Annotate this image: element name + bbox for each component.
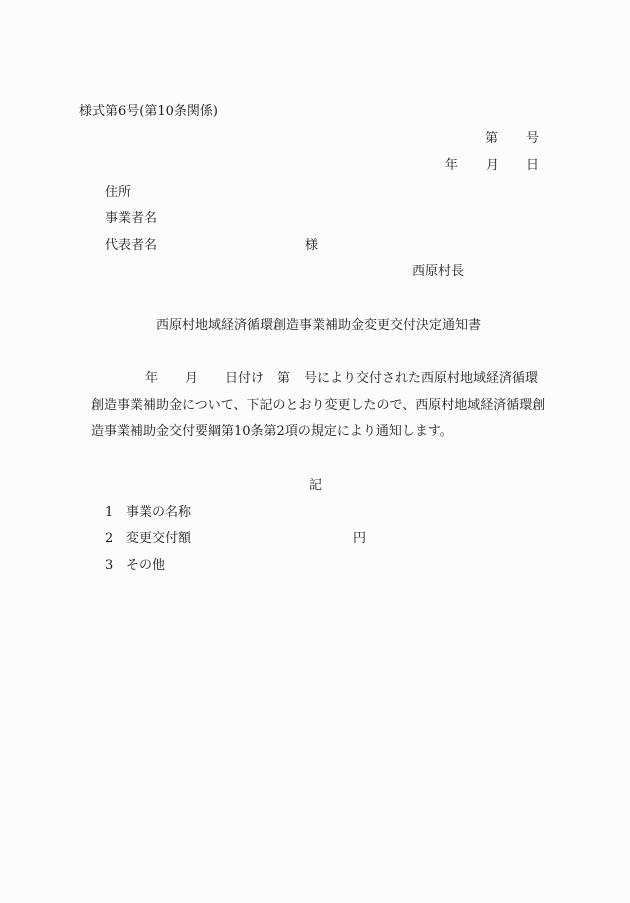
honorific: 様 xyxy=(305,238,318,254)
item-number: 3 xyxy=(105,558,113,574)
date-year: 年 xyxy=(445,158,458,174)
form-label: 様式第6号(第10条関係) xyxy=(79,104,218,120)
document-number-suffix: 号 xyxy=(526,131,539,147)
body-line1-rest: 号により交付された西原村地域経済循環 xyxy=(304,371,538,387)
body-dated: 日付け xyxy=(225,371,264,387)
ki-heading: 記 xyxy=(309,478,322,494)
item-number: 2 xyxy=(105,531,113,547)
item-label: その他 xyxy=(126,558,165,574)
document-number-prefix: 第 xyxy=(485,131,498,147)
body-dai: 第 xyxy=(277,371,290,387)
body-month: 月 xyxy=(185,371,198,387)
business-name-label: 事業者名 xyxy=(105,211,157,227)
date-month: 月 xyxy=(486,158,499,174)
address-label: 住所 xyxy=(105,185,131,201)
date-day: 日 xyxy=(526,158,539,174)
document-title: 西原村地域経済循環創造事業補助金変更交付決定通知書 xyxy=(156,318,481,334)
body-line2: 創造事業補助金について、下記のとおり変更したので、西原村地域経済循環創 xyxy=(91,398,545,414)
item-number: 1 xyxy=(105,505,113,521)
representative-label: 代表者名 xyxy=(105,238,157,254)
issuer: 西原村長 xyxy=(412,264,464,280)
item-label: 変更交付額 xyxy=(126,531,191,547)
body-line3: 造事業補助金交付要綱第10条第2項の規定により通知します。 xyxy=(91,424,453,440)
item-suffix: 円 xyxy=(353,531,366,547)
body-year: 年 xyxy=(145,371,158,387)
item-label: 事業の名称 xyxy=(126,505,191,521)
